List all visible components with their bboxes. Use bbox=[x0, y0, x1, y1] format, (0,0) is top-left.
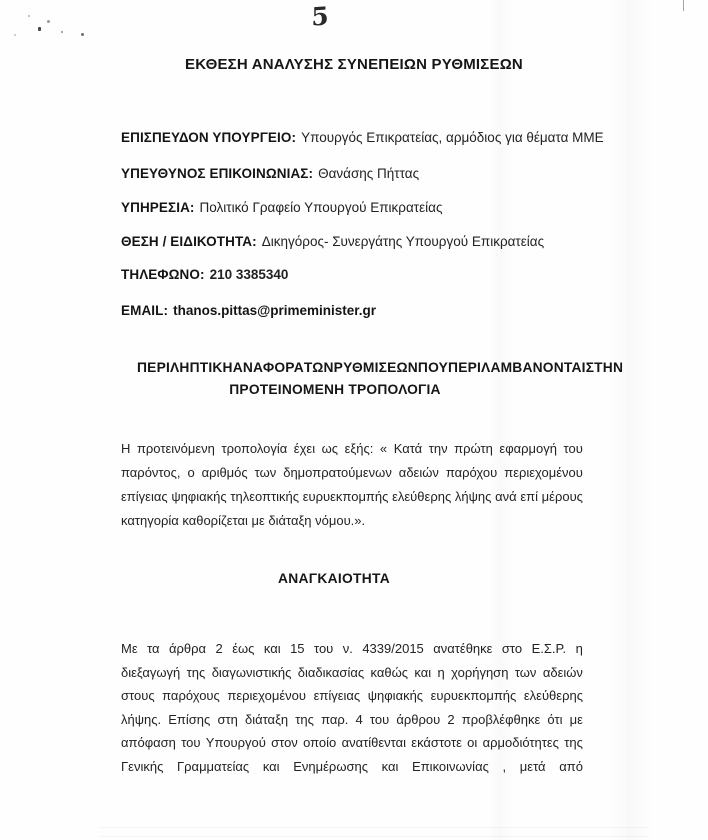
body-line: απόφασητουΥπουργούστονοποίοανατίθενταιεκ… bbox=[121, 731, 583, 755]
body-line: διεξαγωγήτηςδιαγωνιστικήςδιαδικασίαςκαθώ… bbox=[121, 661, 583, 685]
contact-value: Πολιτικό Γραφείο Υπουργού Επικρατείας bbox=[200, 200, 443, 215]
contact-label: ΥΠΗΡΕΣΙΑ: bbox=[121, 200, 195, 215]
document-title: ΕΚΘΕΣΗ ΑΝΑΛΥΣΗΣ ΣΥΝΕΠΕΙΩΝ ΡΥΘΜΙΣΕΩΝ bbox=[0, 56, 708, 73]
contact-value: Θανάσης Πήττας bbox=[318, 166, 419, 181]
summary-heading-line: ΠΡΟΤΕΙΝΟΜΕΝΗ ΤΡΟΠΟΛΟΓΙΑ bbox=[137, 379, 533, 401]
necessity-section-heading: ΑΝΑΓΚΑΙΟΤΗΤΑ bbox=[104, 571, 564, 586]
body-line: Ηπροτεινόμενητροπολογίαέχειωςεξής:«Κατάτ… bbox=[121, 437, 583, 461]
contact-row-email: EMAIL:thanos.pittas@primeminister.gr bbox=[121, 303, 591, 323]
summary-paragraph: Ηπροτεινόμενητροπολογίαέχειωςεξής:«Κατάτ… bbox=[121, 437, 583, 533]
body-line: στουςπαρόχουςπεριεχομένουεπίγειαςψηφιακή… bbox=[121, 684, 583, 708]
scan-speck bbox=[38, 27, 41, 31]
body-line: επίγειαςψηφιακήςτηλεοπτικήςευρυεκπομπήςε… bbox=[121, 485, 583, 509]
summary-heading-line: ΠΕΡΙΛΗΠΤΙΚΗΑΝΑΦΟΡΑΤΩΝΡΥΘΜΙΣΕΩΝΠΟΥΠΕΡΙΛΑΜ… bbox=[137, 357, 533, 379]
contact-label: ΤΗΛΕΦΩΝΟ: bbox=[121, 267, 205, 282]
scan-speck bbox=[47, 20, 50, 23]
necessity-paragraph: Μεταάρθρα2έωςκαι15τουν.4339/2015ανατέθηκ… bbox=[121, 637, 583, 778]
scan-speck bbox=[61, 31, 63, 33]
scan-speck bbox=[14, 34, 16, 36]
handwritten-page-number: 5 bbox=[298, 0, 342, 32]
contact-label: ΘΕΣΗ / ΕΙΔΙΚΟΤΗΤΑ: bbox=[121, 234, 257, 249]
contact-value: thanos.pittas@primeminister.gr bbox=[173, 303, 376, 318]
body-line: Μεταάρθρα2έωςκαι15τουν.4339/2015ανατέθηκ… bbox=[121, 637, 583, 661]
scan-artifact-line bbox=[683, 0, 684, 11]
contact-label: EMAIL: bbox=[121, 303, 168, 318]
contact-row-ministry: ΕΠΙΣΠΕΥΔΟΝ ΥΠΟΥΡΓΕΙΟ:Υπουργός Επικρατεία… bbox=[121, 130, 591, 150]
contact-value: 210 3385340 bbox=[210, 267, 289, 282]
body-line: κατηγορία καθορίζεται με διάταξη νόμου.»… bbox=[121, 509, 583, 533]
contact-row-phone: ΤΗΛΕΦΩΝΟ:210 3385340 bbox=[121, 267, 591, 287]
scan-artifact-line bbox=[100, 827, 648, 828]
body-line: λήψης.Επίσηςστηδιάταξητηςπαρ.4τουάρθρου2… bbox=[121, 708, 583, 732]
contact-label: ΕΠΙΣΠΕΥΔΟΝ ΥΠΟΥΡΓΕΙΟ: bbox=[121, 130, 296, 145]
contact-row-position: ΘΕΣΗ / ΕΙΔΙΚΟΤΗΤΑ:Δικηγόρος- Συνεργάτης … bbox=[121, 234, 591, 254]
summary-section-heading: ΠΕΡΙΛΗΠΤΙΚΗΑΝΑΦΟΡΑΤΩΝΡΥΘΜΙΣΕΩΝΠΟΥΠΕΡΙΛΑΜ… bbox=[137, 357, 533, 401]
contact-row-service: ΥΠΗΡΕΣΙΑ:Πολιτικό Γραφείο Υπουργού Επικρ… bbox=[121, 200, 591, 220]
scanned-document-page: 5 ΕΚΘΕΣΗ ΑΝΑΛΥΣΗΣ ΣΥΝΕΠΕΙΩΝ ΡΥΘΜΙΣΕΩΝ ΕΠ… bbox=[0, 0, 708, 840]
contact-value: Υπουργός Επικρατείας, αρμόδιος για θέματ… bbox=[301, 130, 604, 145]
contact-label: ΥΠΕΥΘΥΝΟΣ ΕΠΙΚΟΙΝΩΝΙΑΣ: bbox=[121, 166, 313, 181]
scan-artifact-line bbox=[100, 836, 648, 837]
body-line: παρόντος,οαριθμόςτωνδημοπρατούμενωναδειώ… bbox=[121, 461, 583, 485]
body-line: ΓενικήςΓραμματείαςκαιΕνημέρωσηςκαιΕπικοι… bbox=[121, 755, 583, 779]
contact-value: Δικηγόρος- Συνεργάτης Υπουργού Επικρατεί… bbox=[262, 234, 544, 249]
scan-speck bbox=[28, 15, 30, 17]
scan-speck bbox=[81, 33, 84, 36]
contact-row-contact-person: ΥΠΕΥΘΥΝΟΣ ΕΠΙΚΟΙΝΩΝΙΑΣ:Θανάσης Πήττας bbox=[121, 166, 591, 186]
scan-shading-band bbox=[610, 0, 652, 840]
